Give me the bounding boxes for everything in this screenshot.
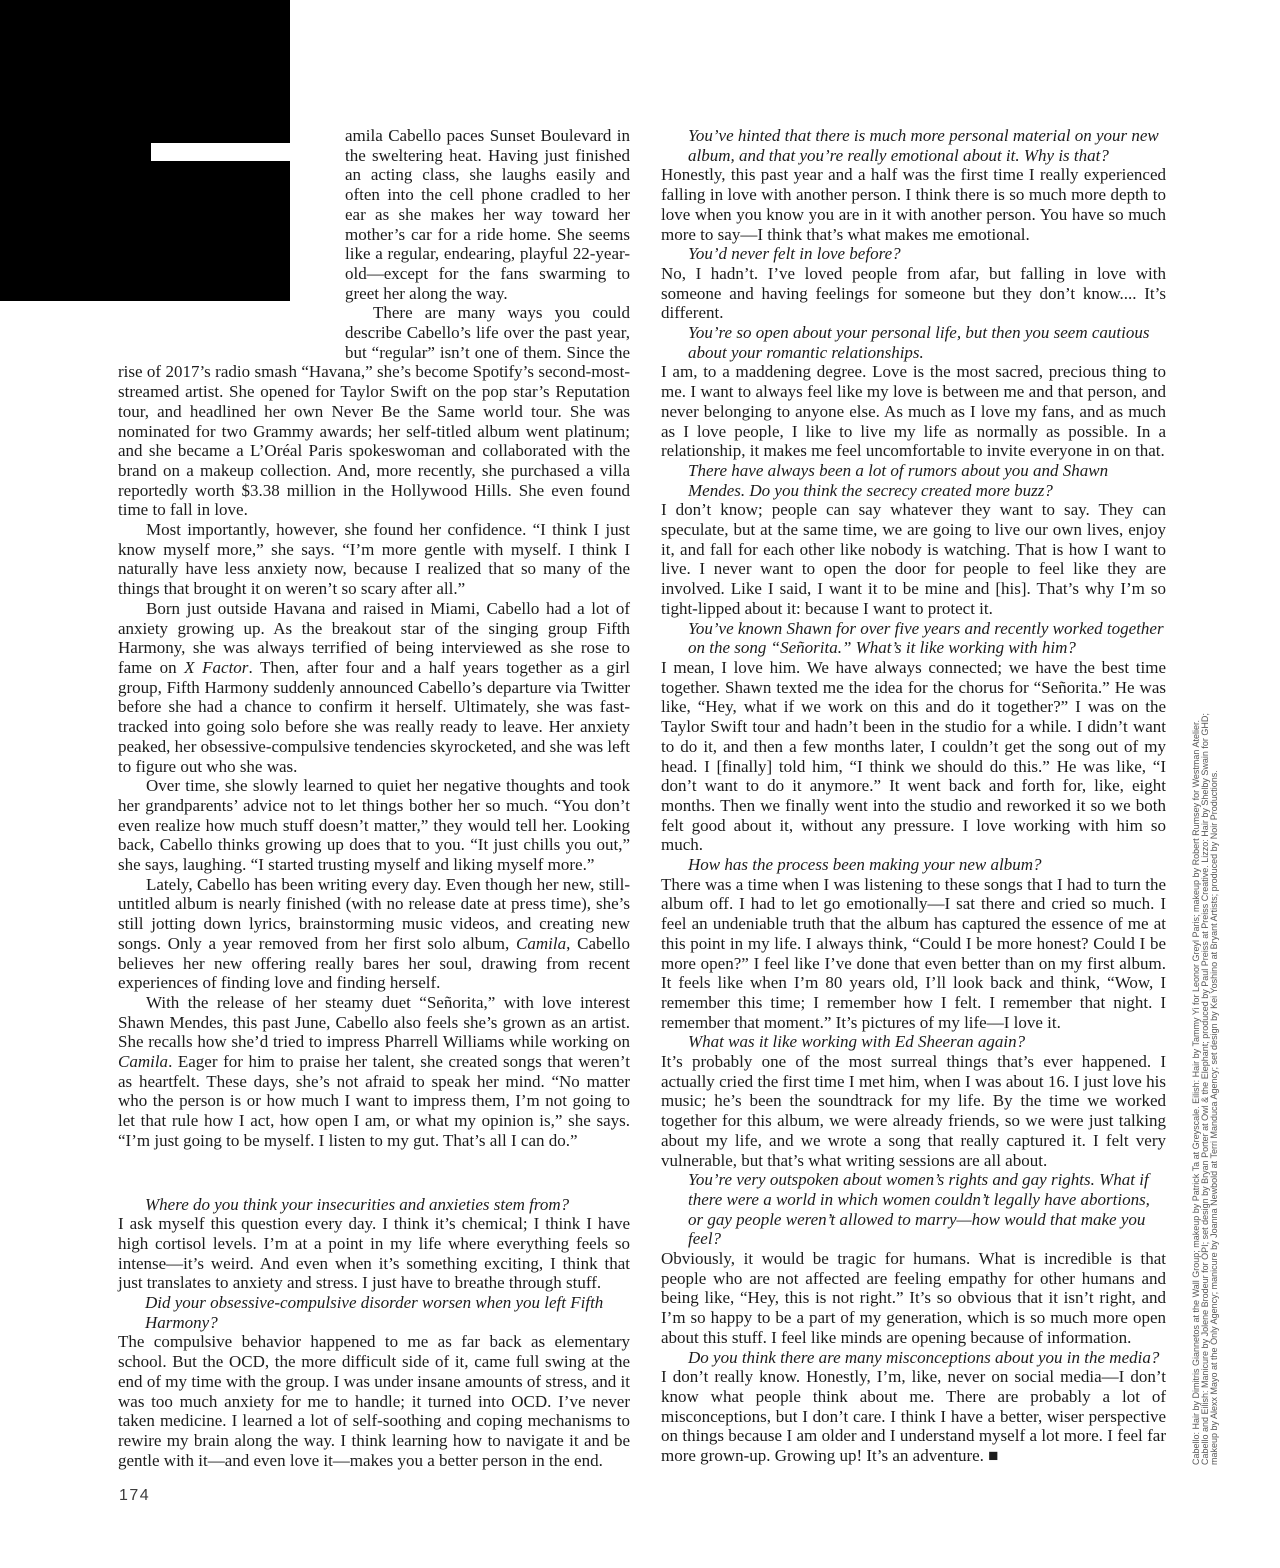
text-segment: You’ve hinted that there is much more pe… <box>688 126 1159 165</box>
text-segment: Camila <box>516 934 566 953</box>
text-segment: The compulsive behavior happened to me a… <box>118 1332 630 1469</box>
dropcap-wrap-spacer <box>118 126 345 345</box>
body-paragraph: Over time, she slowly learned to quiet h… <box>118 776 630 875</box>
text-segment: amila Cabello paces Sunset Boulevard in … <box>345 126 630 303</box>
body-paragraph: With the release of her steamy duet “Señ… <box>118 993 630 1151</box>
interview-question: Do you think there are many misconceptio… <box>688 1348 1166 1368</box>
text-segment: Where do you think your insecurities and… <box>145 1195 569 1214</box>
text-segment: Obviously, it would be tragic for humans… <box>661 1249 1166 1347</box>
text-segment: There have always been a lot of rumors a… <box>688 461 1108 500</box>
text-segment: X Factor <box>184 658 248 677</box>
interview-question: There have always been a lot of rumors a… <box>688 461 1166 500</box>
text-segment: You’re very outspoken about women’s righ… <box>688 1170 1150 1248</box>
interview-answer: No, I hadn’t. I’ve loved people from afa… <box>661 264 1166 323</box>
interview-question: You’d never felt in love before? <box>688 244 1166 264</box>
text-segment: I am, to a maddening degree. Love is the… <box>661 362 1166 460</box>
text-segment: I ask myself this question every day. I … <box>118 1214 630 1292</box>
text-segment: Most importantly, however, she found her… <box>118 520 630 598</box>
interview-question: What was it like working with Ed Sheeran… <box>688 1032 1166 1052</box>
text-segment: You’re so open about your personal life,… <box>688 323 1149 362</box>
text-segment: There was a time when I was listening to… <box>661 875 1166 1032</box>
interview-question: Did your obsessive-compulsive disorder w… <box>145 1293 630 1332</box>
interview-answer: It’s probably one of the most surreal th… <box>661 1052 1166 1170</box>
interview-question: You’ve hinted that there is much more pe… <box>688 126 1166 165</box>
left-text-column: amila Cabello paces Sunset Boulevard in … <box>118 126 630 1470</box>
interview-answer: Honestly, this past year and a half was … <box>661 165 1166 244</box>
body-paragraph: Lately, Cabello has been writing every d… <box>118 875 630 993</box>
body-paragraph: Most importantly, however, she found her… <box>118 520 630 599</box>
interview-answer: I am, to a maddening degree. Love is the… <box>661 362 1166 461</box>
text-segment: I don’t know; people can say whatever th… <box>661 500 1166 618</box>
text-segment: . Eager for him to praise her talent, sh… <box>118 1052 630 1150</box>
page-number: 174 <box>119 1487 150 1505</box>
text-segment: What was it like working with Ed Sheeran… <box>688 1032 1025 1051</box>
text-segment: Honestly, this past year and a half was … <box>661 165 1166 243</box>
interview-question: How has the process been making your new… <box>688 855 1166 875</box>
text-segment: You’d never felt in love before? <box>688 244 901 263</box>
text-segment: With the release of her steamy duet “Señ… <box>118 993 630 1051</box>
interview-answer: I don’t know; people can say whatever th… <box>661 500 1166 618</box>
text-segment: How has the process been making your new… <box>688 855 1042 874</box>
interview-question: You’re so open about your personal life,… <box>688 323 1166 362</box>
text-segment: No, I hadn’t. I’ve loved people from afa… <box>661 264 1166 322</box>
text-segment: It’s probably one of the most surreal th… <box>661 1052 1166 1170</box>
text-segment: Did your obsessive-compulsive disorder w… <box>145 1293 603 1332</box>
text-segment: I don’t really know. Honestly, I’m, like… <box>661 1367 1166 1465</box>
magazine-page: amila Cabello paces Sunset Boulevard in … <box>0 0 1280 1568</box>
credits-line: makeup by Alexx Mayo at the Only Agency;… <box>1210 593 1219 1465</box>
text-segment: I mean, I love him. We have always conne… <box>661 658 1166 854</box>
photo-credits: Cabello: Hair by Dimitris Giannetos at t… <box>1192 593 1218 1465</box>
interview-answer: I ask myself this question every day. I … <box>118 1214 630 1293</box>
text-segment: You’ve known Shawn for over five years a… <box>688 619 1164 658</box>
interview-answer: The compulsive behavior happened to me a… <box>118 1332 630 1470</box>
interview-answer: Obviously, it would be tragic for humans… <box>661 1249 1166 1348</box>
interview-question: You’ve known Shawn for over five years a… <box>688 619 1166 658</box>
interview-answer: I mean, I love him. We have always conne… <box>661 658 1166 855</box>
text-segment: Over time, she slowly learned to quiet h… <box>118 776 630 874</box>
text-segment: Do you think there are many misconceptio… <box>688 1348 1159 1367</box>
interview-question: Where do you think your insecurities and… <box>145 1195 630 1215</box>
interview-answer: I don’t really know. Honestly, I’m, like… <box>661 1367 1166 1466</box>
right-text-column: You’ve hinted that there is much more pe… <box>661 126 1166 1466</box>
interview-answer: There was a time when I was listening to… <box>661 875 1166 1033</box>
body-paragraph: Born just outside Havana and raised in M… <box>118 599 630 776</box>
interview-question: You’re very outspoken about women’s righ… <box>688 1170 1166 1249</box>
text-segment: Camila <box>118 1052 168 1071</box>
